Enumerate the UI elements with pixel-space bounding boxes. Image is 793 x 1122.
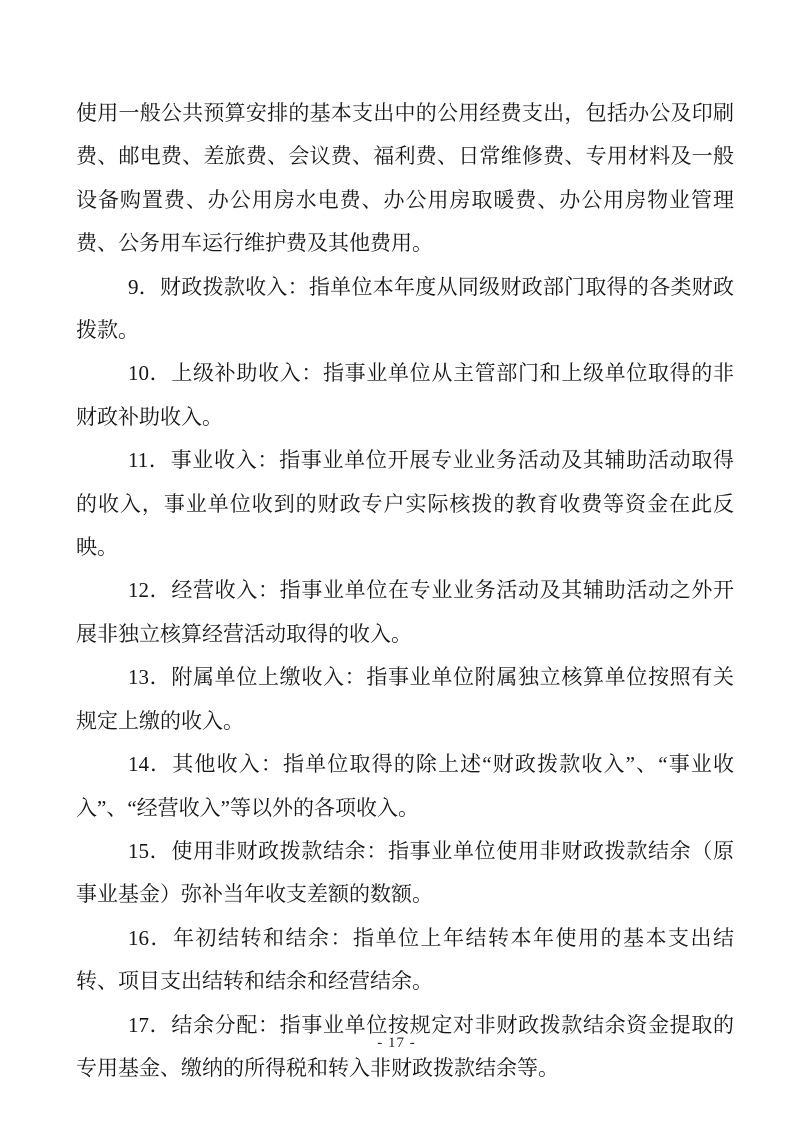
body-paragraph-item-10: 10．上级补助收入：指事业单位从主管部门和上级单位取得的非财政补助收入。 (76, 352, 734, 439)
document-page: 使用一般公共预算安排的基本支出中的公用经费支出，包括办公及印刷费、邮电费、差旅费… (0, 0, 793, 1122)
body-paragraph-item-15: 15．使用非财政拨款结余：指事业单位使用非财政拨款结余（原事业基金）弥补当年收支… (76, 830, 734, 917)
page-number: - 17 - (0, 1035, 793, 1052)
body-paragraph-item-16: 16．年初结转和结余：指单位上年结转本年使用的基本支出结转、项目支出结转和结余和… (76, 917, 734, 1004)
body-paragraph-item-13: 13．附属单位上缴收入：指事业单位附属独立核算单位按照有关规定上缴的收入。 (76, 656, 734, 743)
body-paragraph-continuation: 使用一般公共预算安排的基本支出中的公用经费支出，包括办公及印刷费、邮电费、差旅费… (76, 92, 734, 266)
body-paragraph-item-14: 14．其他收入：指单位取得的除上述“财政拨款收入”、“事业收入”、“经营收入”等… (76, 743, 734, 830)
body-paragraph-item-11: 11．事业收入：指事业单位开展专业业务活动及其辅助活动取得的收入，事业单位收到的… (76, 439, 734, 569)
body-paragraph-item-12: 12．经营收入：指事业单位在专业业务活动及其辅助活动之外开展非独立核算经营活动取… (76, 569, 734, 656)
document-body: 使用一般公共预算安排的基本支出中的公用经费支出，包括办公及印刷费、邮电费、差旅费… (76, 92, 734, 1090)
body-paragraph-item-9: 9．财政拨款收入：指单位本年度从同级财政部门取得的各类财政拨款。 (76, 266, 734, 353)
